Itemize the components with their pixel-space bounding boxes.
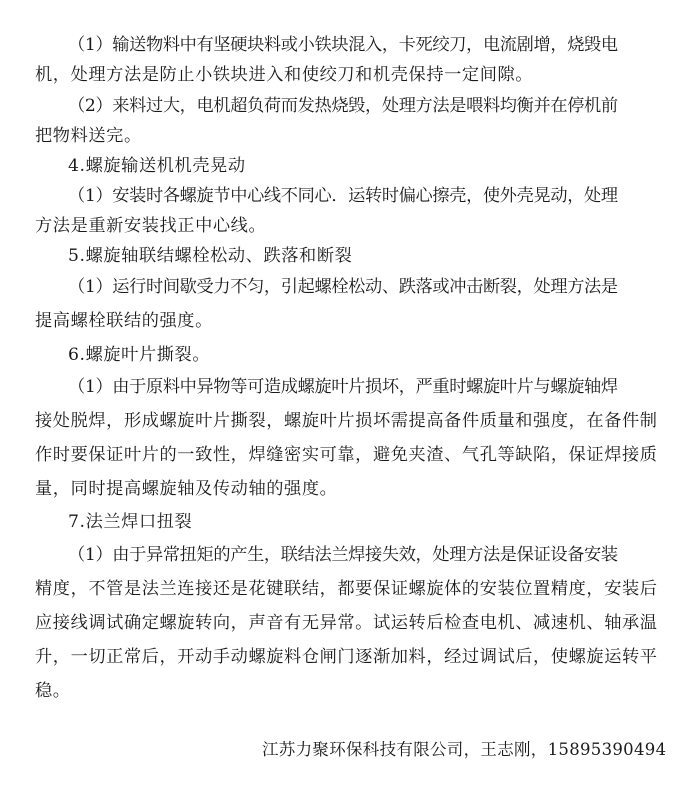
signature: 江苏力聚环保科技有限公司，王志刚，15895390494 — [262, 736, 666, 760]
paragraph-line: 稳。 — [35, 680, 667, 702]
paragraph-line: （2）来料过大，电机超负荷而发热烧毁，处理方法是喂料均衡并在停机前 — [68, 95, 698, 117]
paragraph-line: 应接线调试确定螺旋转向，声音有无异常。试运转后检查电机、减速机、轴承温 — [35, 612, 667, 634]
paragraph-line: 接处脱焊，形成螺旋叶片撕裂，螺旋叶片损坏需提高备件质量和强度，在备件制 — [35, 410, 667, 432]
paragraph-line: 6.螺旋叶片撕裂。 — [68, 344, 698, 366]
paragraph-line: （1）由于原料中异物等可造成螺旋叶片损坏，严重时螺旋叶片与螺旋轴焊 — [68, 376, 698, 398]
paragraph-line: 4.螺旋输送机机壳晃动 — [68, 155, 698, 177]
paragraph-line: （1）由于异常扭矩的产生，联结法兰焊接失效，处理方法是保证设备安装 — [68, 544, 698, 566]
paragraph-line: 量，同时提高螺旋轴及传动轴的强度。 — [35, 478, 667, 500]
paragraph-line: （1）安装时各螺旋节中心线不同心．运转时偏心擦壳，使外壳晃动，处理 — [68, 185, 698, 207]
paragraph-line: 机，处理方法是防止小铁块进入和使绞刀和机壳保持一定间隙。 — [35, 64, 667, 86]
paragraph-line: 把物料送完。 — [35, 125, 667, 147]
paragraph-line: 作时要保证叶片的一致性，焊缝密实可靠，避免夹渣、气孔等缺陷，保证焊接质 — [35, 444, 667, 466]
paragraph-line: 精度，不管是法兰连接还是花键联结，都要保证螺旋体的安装位置精度，安装后 — [35, 578, 667, 600]
paragraph-line: 5.螺旋轴联结螺栓松动、跌落和断裂 — [68, 245, 698, 267]
paragraph-line: （1）运行时间歇受力不匀，引起螺栓松动、跌落或冲击断裂，处理方法是 — [68, 276, 698, 298]
paragraph-line: （1）输送物料中有坚硬块料或小铁块混入，卡死绞刀，电流剧增，烧毁电 — [68, 34, 698, 56]
paragraph-line: 提高螺栓联结的强度。 — [35, 310, 667, 332]
paragraph-line: 方法是重新安装找正中心线。 — [35, 215, 667, 237]
paragraph-line: 7.法兰焊口扭裂 — [68, 511, 698, 533]
paragraph-line: 升，一切正常后，开动手动螺旋料仓闸门逐渐加料，经过调试后，使螺旋运转平 — [35, 646, 667, 668]
